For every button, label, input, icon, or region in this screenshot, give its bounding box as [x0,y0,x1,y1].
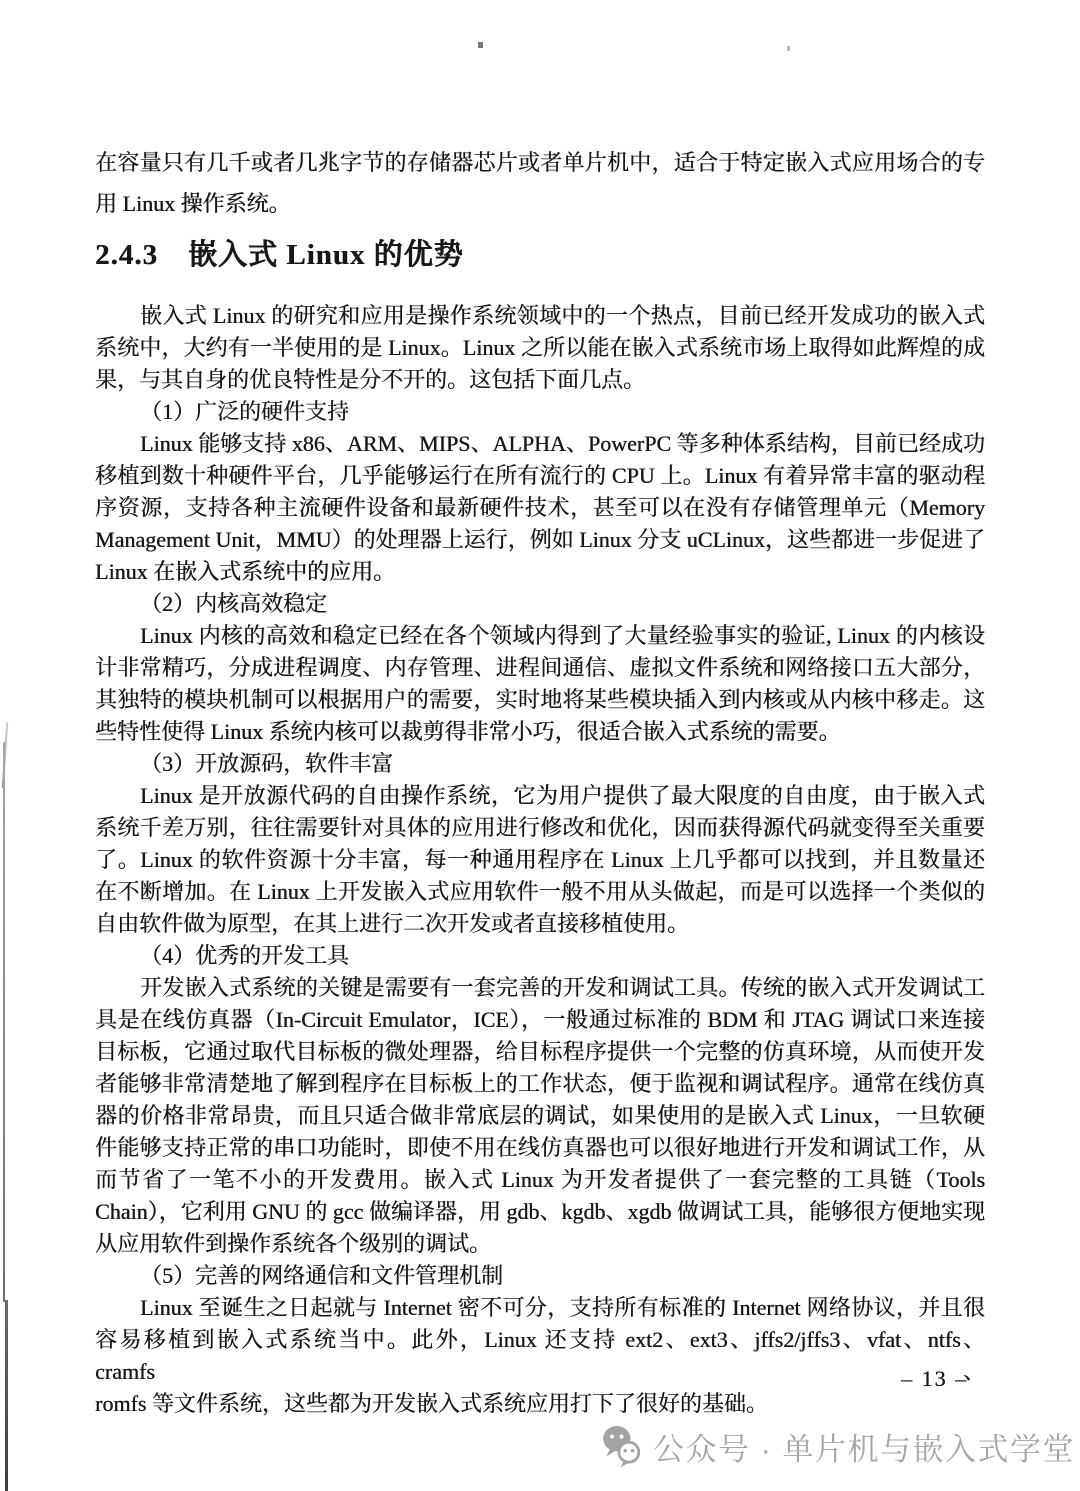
text-line: Chain），它利用 GNU 的 gcc 做编译器，用 gdb、kgdb、xgd… [95,1196,985,1228]
text-line: 序资源，支持各种主流硬件设备和最新硬件技术，甚至可以在没有存储管理单元（Memo… [95,492,985,524]
text-line: 用 Linux 操作系统。 [95,183,985,224]
text-line: 果，与其自身的优良特性是分不开的。这包括下面几点。 [95,364,985,396]
wechat-icon [602,1425,640,1469]
scan-edge-line [5,1300,8,1491]
scanned-book-page: 在容量只有几千或者几兆字节的存储器芯片或者单片机中，适合于特定嵌入式应用场合的专… [0,0,1080,1491]
text-line: （2）内核高效稳定 [95,588,985,620]
text-line: 开发嵌入式系统的关键是需要有一套完善的开发和调试工具。传统的嵌入式开发调试工 [95,972,985,1004]
text-line: Linux 内核的高效和稳定已经在各个领域内得到了大量经验事实的验证, Linu… [95,620,985,652]
body-text: 嵌入式 Linux 的研究和应用是操作系统领域中的一个热点，目前已经开发成功的嵌… [95,300,985,1420]
text-line: 目标板，它通过取代目标板的微处理器，给目标程序提供一个完整的仿真环境，从而使开发 [95,1036,985,1068]
text-line: 者能够非常清楚地了解到程序在目标板上的工作状态，便于监视和调试程序。通常在线仿真 [95,1068,985,1100]
text-line: 其独特的模块机制可以根据用户的需要，实时地将某些模块插入到内核或从内核中移走。这 [95,684,985,716]
text-line: 而节省了一笔不小的开发费用。嵌入式 Linux 为开发者提供了一套完整的工具链（… [95,1164,985,1196]
text-line: 系统中，大约有一半使用的是 Linux。Linux 之所以能在嵌入式系统市场上取… [95,332,985,364]
text-line: 移植到数十种硬件平台，几乎能够运行在所有流行的 CPU 上。Linux 有着异常… [95,460,985,492]
text-line: 了。Linux 的软件资源十分丰富，每一种通用程序在 Linux 上几乎都可以找… [95,844,985,876]
text-line: romfs 等文件系统，这些都为开发嵌入式系统应用打下了很好的基础。 [95,1388,985,1420]
text-line: 在容量只有几千或者几兆字节的存储器芯片或者单片机中，适合于特定嵌入式应用场合的专 [95,142,985,183]
text-line: 计非常精巧，分成进程调度、内存管理、进程间通信、虚拟文件系统和网络接口五大部分， [95,652,985,684]
text-line: （4）优秀的开发工具 [95,940,985,972]
text-line: 容易移植到嵌入式系统当中。此外，Linux 还支持 ext2、ext3、jffs… [95,1324,985,1388]
text-line: Linux 至诞生之日起就与 Internet 密不可分，支持所有标准的 Int… [95,1292,985,1324]
text-line: 自由软件做为原型，在其上进行二次开发或者直接移植使用。 [95,908,985,940]
watermark-text: 公众号 · 单片机与嵌入式学堂 [653,1424,1075,1469]
text-line: 具是在线仿真器（In-Circuit Emulator，ICE），一般通过标准的… [95,1004,985,1036]
text-line: Linux 能够支持 x86、ARM、MIPS、ALPHA、PowerPC 等多… [95,428,985,460]
text-line: Linux 在嵌入式系统中的应用。 [95,556,985,588]
text-line: Linux 是开放源代码的自由操作系统，它为用户提供了最大限度的自由度，由于嵌入… [95,780,985,812]
text-line: 在不断增加。在 Linux 上开发嵌入式应用软件一般不用从头做起，而是可以选择一… [95,876,985,908]
scan-edge-line [3,742,5,1302]
text-line: 嵌入式 Linux 的研究和应用是操作系统领域中的一个热点，目前已经开发成功的嵌… [95,300,985,332]
scan-speck [478,42,483,48]
text-line: （5）完善的网络通信和文件管理机制 [95,1260,985,1292]
text-line: 些特性使得 Linux 系统内核可以裁剪得非常小巧，很适合嵌入式系统的需要。 [95,716,985,748]
page-number: – 13 – [901,1366,968,1392]
text-line: 器的价格非常昂贵，而且只适合做非常底层的调试，如果使用的是嵌入式 Linux，一… [95,1100,985,1132]
text-line: Management Unit，MMU）的处理器上运行，例如 Linux 分支 … [95,524,985,556]
heading-title: 嵌入式 Linux 的优势 [188,239,464,271]
heading-number: 2.4.3 [95,239,158,271]
intro-paragraph: 在容量只有几千或者几兆字节的存储器芯片或者单片机中，适合于特定嵌入式应用场合的专… [95,142,985,224]
text-line: 件能够支持正常的串口功能时，即使不用在线仿真器也可以很好地进行开发和调试工作，从 [95,1132,985,1164]
watermark: 公众号 · 单片机与嵌入式学堂 [602,1424,1075,1469]
section-heading: 2.4.3嵌入式 Linux 的优势 [95,237,985,273]
text-line: 系统千差万别，往往需要针对具体的应用进行修改和优化，因而获得源代码就变得至关重要 [95,812,985,844]
text-line: （3）开放源码，软件丰富 [95,748,985,780]
scan-speck [787,46,790,51]
text-line: （1）广泛的硬件支持 [95,396,985,428]
text-line: 从应用软件到操作系统各个级别的调试。 [95,1228,985,1260]
